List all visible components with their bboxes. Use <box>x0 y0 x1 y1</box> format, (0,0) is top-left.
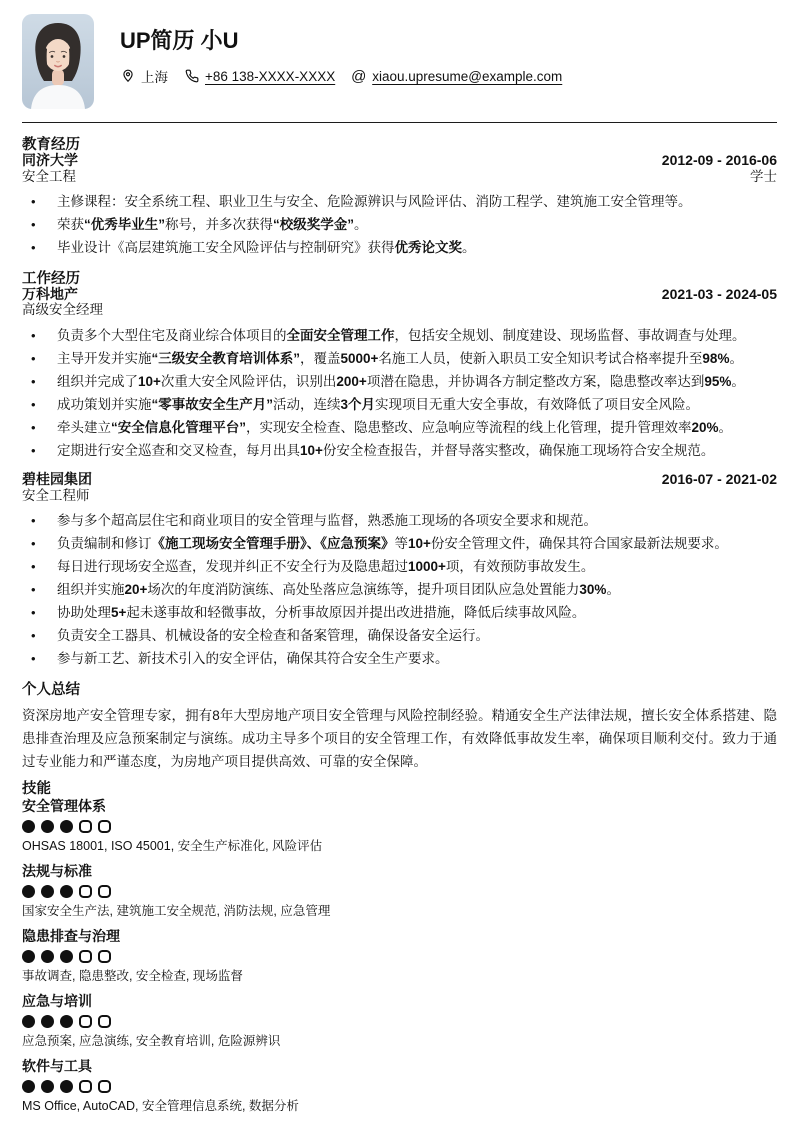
bullet-item: 荣获“优秀毕业生”称号，并多次获得“校级奖学金”。 <box>22 216 777 234</box>
rating-dot-filled <box>60 950 73 963</box>
skill-name: 安全管理体系 <box>22 798 777 814</box>
rating-dot-empty <box>79 1080 92 1093</box>
avatar-illustration <box>22 14 94 109</box>
rating-dot-filled <box>60 820 73 833</box>
education-section: 教育经历 同济大学 2012-09 - 2016-06 安全工程 学士 主修课程… <box>22 137 777 257</box>
rating-dot-filled <box>60 1080 73 1093</box>
job-title-row: 安全工程师 <box>22 488 777 504</box>
job-bullets: 参与多个超高层住宅和商业项目的安全管理与监督，熟悉施工现场的各项安全要求和规范。… <box>22 512 777 668</box>
location-pin-icon <box>120 69 135 84</box>
job-dates: 2021-03 - 2024-05 <box>662 287 777 303</box>
rating-dot-empty <box>98 1015 111 1028</box>
rating-dot-empty <box>98 1080 111 1093</box>
skill-name: 软件与工具 <box>22 1058 777 1074</box>
bullet-item: 牵头建立“安全信息化管理平台”，实现安全检查、隐患整改、应急响应等流程的线上化管… <box>22 419 777 437</box>
bullet-item: 定期进行安全巡查和交叉检查，每月出具10+份安全检查报告，并督导落实整改，确保施… <box>22 442 777 460</box>
skill-keywords: 国家安全生产法, 建筑施工安全规范, 消防法规, 应急管理 <box>22 903 777 919</box>
skill-rating <box>22 1015 777 1028</box>
school-name: 同济大学 <box>22 153 78 169</box>
summary-text: 资深房地产安全管理专家，拥有8年大型房地产项目安全管理与风险控制经验。精通安全生… <box>22 704 777 773</box>
education-dates: 2012-09 - 2016-06 <box>662 153 777 169</box>
rating-dot-empty <box>79 820 92 833</box>
skill-item: 应急与培训 应急预案, 应急演练, 安全教育培训, 危险源辨识 <box>22 993 777 1049</box>
rating-dot-filled <box>60 1015 73 1028</box>
education-major-row: 安全工程 学士 <box>22 169 777 185</box>
rating-dot-filled <box>22 820 35 833</box>
contact-row: 上海 +86 138-XXXX-XXXX @ xiaou.upresume@ex… <box>120 66 562 86</box>
bullet-item: 成功策划并实施“零事故安全生产月”活动，连续3个月实现项目无重大安全事故，有效降… <box>22 396 777 414</box>
skill-keywords: 事故调查, 隐患整改, 安全检查, 现场监督 <box>22 968 777 984</box>
skill-rating <box>22 885 777 898</box>
job-bullets: 负责多个大型住宅及商业综合体项目的全面安全管理工作，包括安全规划、制度建设、现场… <box>22 327 777 460</box>
education-bullets: 主修课程：安全系统工程、职业卫生与安全、危险源辨识与风险评估、消防工程学、建筑施… <box>22 193 777 257</box>
major-name: 安全工程 <box>22 169 76 185</box>
bullet-item: 每日进行现场安全巡查，发现并纠正不安全行为及隐患超过1000+项，有效预防事故发… <box>22 558 777 576</box>
skill-keywords: MS Office, AutoCAD, 安全管理信息系统, 数据分析 <box>22 1098 777 1114</box>
phone-item: +86 138-XXXX-XXXX <box>184 69 335 84</box>
bullet-item: 协助处理5+起未遂事故和轻微事故，分析事故原因并提出改进措施，降低后续事故风险。 <box>22 604 777 622</box>
experience-section: 工作经历 万科地产 2021-03 - 2024-05 高级安全经理 负责多个大… <box>22 271 777 668</box>
rating-dot-filled <box>41 1015 54 1028</box>
rating-dot-filled <box>41 950 54 963</box>
bullet-item: 负责多个大型住宅及商业综合体项目的全面安全管理工作，包括安全规划、制度建设、现场… <box>22 327 777 345</box>
header-text: UP简历 小U 上海 <box>120 14 562 86</box>
skill-name: 法规与标准 <box>22 863 777 879</box>
skill-rating <box>22 950 777 963</box>
bullet-item: 主导开发并实施“三级安全教育培训体系”，覆盖5000+名施工人员，使新入职员工安… <box>22 350 777 368</box>
rating-dot-filled <box>22 1080 35 1093</box>
job-entry: 碧桂园集团 2016-07 - 2021-02 安全工程师 参与多个超高层住宅和… <box>22 472 777 668</box>
job-title: 高级安全经理 <box>22 302 103 318</box>
job-title-row: 高级安全经理 <box>22 302 777 318</box>
phone-icon <box>184 69 199 84</box>
candidate-name: UP简历 小U <box>120 28 562 54</box>
location-item: 上海 <box>120 66 168 86</box>
rating-dot-empty <box>98 950 111 963</box>
phone-link[interactable]: +86 138-XXXX-XXXX <box>205 69 335 84</box>
education-school-row: 同济大学 2012-09 - 2016-06 <box>22 153 777 169</box>
resume-page: UP简历 小U 上海 <box>0 0 799 1130</box>
rating-dot-filled <box>22 1015 35 1028</box>
company-name: 碧桂园集团 <box>22 472 92 488</box>
location-text: 上海 <box>141 66 168 86</box>
job-company-row: 碧桂园集团 2016-07 - 2021-02 <box>22 472 777 488</box>
rating-dot-empty <box>98 820 111 833</box>
header: UP简历 小U 上海 <box>22 14 777 109</box>
summary-section: 个人总结 资深房地产安全管理专家，拥有8年大型房地产项目安全管理与风险控制经验。… <box>22 682 777 773</box>
bullet-item: 毕业设计《高层建筑施工安全风险评估与控制研究》获得优秀论文奖。 <box>22 239 777 257</box>
header-divider <box>22 122 777 123</box>
job-dates: 2016-07 - 2021-02 <box>662 472 777 488</box>
rating-dot-filled <box>22 950 35 963</box>
skill-item: 软件与工具 MS Office, AutoCAD, 安全管理信息系统, 数据分析 <box>22 1058 777 1114</box>
skills-section: 技能 安全管理体系 OHSAS 18001, ISO 45001, 安全生产标准… <box>22 781 777 1114</box>
skill-name: 隐患排查与治理 <box>22 928 777 944</box>
bullet-item: 参与新工艺、新技术引入的安全评估，确保其符合安全生产要求。 <box>22 650 777 668</box>
skill-keywords: 应急预案, 应急演练, 安全教育培训, 危险源辨识 <box>22 1033 777 1049</box>
skill-item: 安全管理体系 OHSAS 18001, ISO 45001, 安全生产标准化, … <box>22 798 777 854</box>
rating-dot-empty <box>79 1015 92 1028</box>
rating-dot-filled <box>41 885 54 898</box>
rating-dot-empty <box>79 885 92 898</box>
rating-dot-filled <box>22 885 35 898</box>
skill-name: 应急与培训 <box>22 993 777 1009</box>
skill-keywords: OHSAS 18001, ISO 45001, 安全生产标准化, 风险评估 <box>22 838 777 854</box>
rating-dot-filled <box>60 885 73 898</box>
job-title: 安全工程师 <box>22 488 90 504</box>
skill-item: 隐患排查与治理 事故调查, 隐患整改, 安全检查, 现场监督 <box>22 928 777 984</box>
skill-rating <box>22 820 777 833</box>
skills-section-title: 技能 <box>22 781 777 797</box>
rating-dot-empty <box>98 885 111 898</box>
experience-section-title: 工作经历 <box>22 271 777 287</box>
email-link[interactable]: xiaou.upresume@example.com <box>372 69 562 84</box>
bullet-item: 组织并完成了10+次重大安全风险评估，识别出200+项潜在隐患，并协调各方制定整… <box>22 373 777 391</box>
education-section-title: 教育经历 <box>22 137 777 153</box>
summary-section-title: 个人总结 <box>22 682 777 698</box>
profile-photo <box>22 14 94 109</box>
email-item: @ xiaou.upresume@example.com <box>351 69 562 84</box>
skill-rating <box>22 1080 777 1093</box>
degree: 学士 <box>750 169 777 185</box>
bullet-item: 组织并实施20+场次的年度消防演练、高处坠落应急演练等，提升项目团队应急处置能力… <box>22 581 777 599</box>
job-entry: 万科地产 2021-03 - 2024-05 高级安全经理 负责多个大型住宅及商… <box>22 287 777 460</box>
rating-dot-empty <box>79 950 92 963</box>
bullet-item: 主修课程：安全系统工程、职业卫生与安全、危险源辨识与风险评估、消防工程学、建筑施… <box>22 193 777 211</box>
rating-dot-filled <box>41 1080 54 1093</box>
rating-dot-filled <box>41 820 54 833</box>
skill-item: 法规与标准 国家安全生产法, 建筑施工安全规范, 消防法规, 应急管理 <box>22 863 777 919</box>
job-company-row: 万科地产 2021-03 - 2024-05 <box>22 287 777 303</box>
bullet-item: 参与多个超高层住宅和商业项目的安全管理与监督，熟悉施工现场的各项安全要求和规范。 <box>22 512 777 530</box>
bullet-item: 负责安全工器具、机械设备的安全检查和备案管理，确保设备安全运行。 <box>22 627 777 645</box>
bullet-item: 负责编制和修订《施工现场安全管理手册》、《应急预案》等10+份安全管理文件，确保… <box>22 535 777 553</box>
at-icon: @ <box>351 69 366 84</box>
company-name: 万科地产 <box>22 287 78 303</box>
